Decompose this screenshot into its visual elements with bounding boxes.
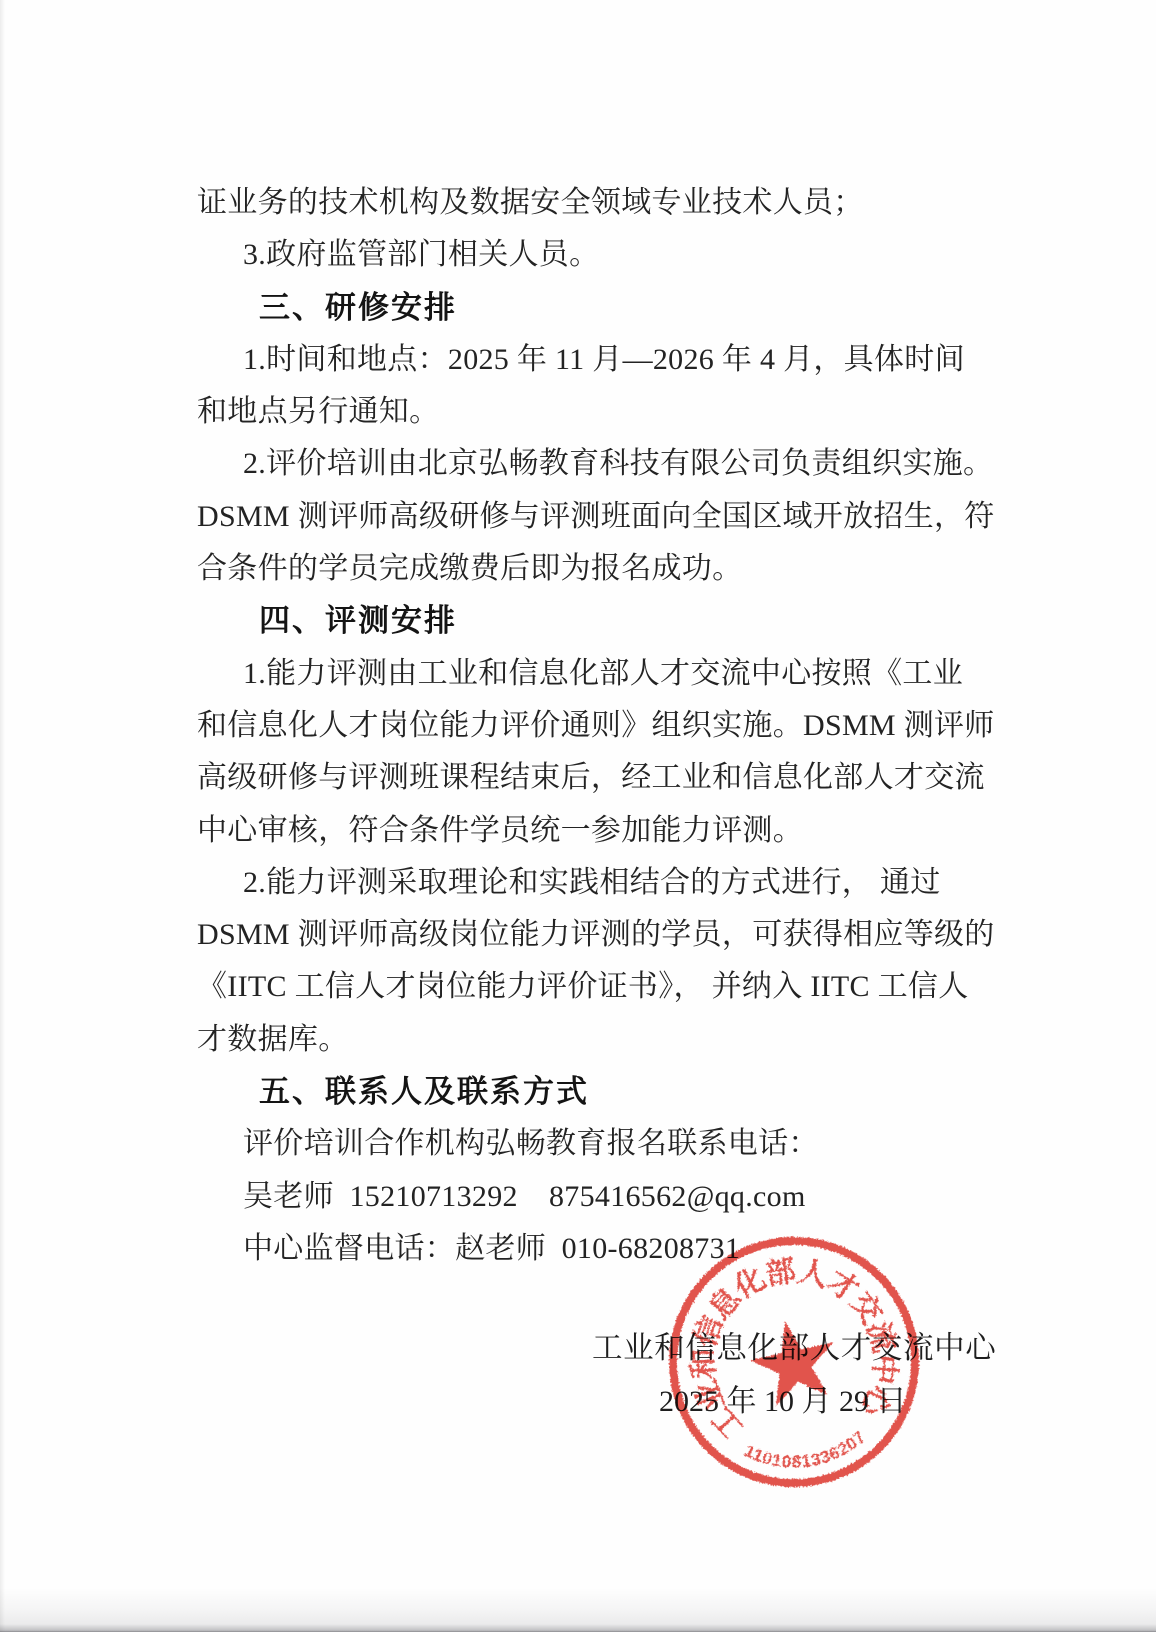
document-line: 3.政府监管部门相关人员。: [197, 229, 997, 281]
section-heading: 四、评测安排: [197, 595, 997, 647]
document-line: 合条件的学员完成缴费后即为报名成功。: [197, 543, 997, 595]
document-line: 吴老师 15210713292 875416562@qq.com: [197, 1171, 997, 1223]
document-line: 1.能力评测由工业和信息化部人才交流中心按照《工业: [197, 648, 997, 700]
document-line: 高级研修与评测班课程结束后，经工业和信息化部人才交流: [197, 752, 997, 804]
official-seal-stamp: 工业和信息化部人才交流中心 1101081336207: [667, 1235, 921, 1489]
document-page: 证业务的技术机构及数据安全领域专业技术人员；3.政府监管部门相关人员。三、研修安…: [0, 0, 1156, 1632]
document-line: 2.评价培训由北京弘畅教育科技有限公司负责组织实施。: [197, 438, 997, 490]
document-line: 中心审核，符合条件学员统一参加能力评测。: [197, 805, 997, 857]
scan-edge-bottom: [0, 1588, 1156, 1632]
document-line: DSMM 测评师高级研修与评测班面向全国区域开放招生，符: [197, 491, 997, 543]
document-body: 证业务的技术机构及数据安全领域专业技术人员；3.政府监管部门相关人员。三、研修安…: [197, 177, 997, 1275]
scan-edge-left: [0, 0, 5, 1632]
document-line: 才数据库。: [197, 1014, 997, 1066]
star-icon: [743, 1312, 844, 1409]
document-line: 和信息化人才岗位能力评价通则》组织实施。DSMM 测评师: [197, 700, 997, 752]
document-line: 评价培训合作机构弘畅教育报名联系电话：: [197, 1118, 997, 1170]
section-heading: 五、联系人及联系方式: [197, 1066, 997, 1118]
document-line: 《IITC 工信人才岗位能力评价证书》， 并纳入 IITC 工信人: [197, 961, 997, 1013]
document-line: 和地点另行通知。: [197, 386, 997, 438]
document-line: DSMM 测评师高级岗位能力评测的学员，可获得相应等级的: [197, 909, 997, 961]
document-line: 2.能力评测采取理论和实践相结合的方式进行， 通过: [197, 857, 997, 909]
section-heading: 三、研修安排: [197, 282, 997, 334]
document-line: 证业务的技术机构及数据安全领域专业技术人员；: [197, 177, 997, 229]
document-line: 1.时间和地点：2025 年 11 月—2026 年 4 月，具体时间: [197, 334, 997, 386]
